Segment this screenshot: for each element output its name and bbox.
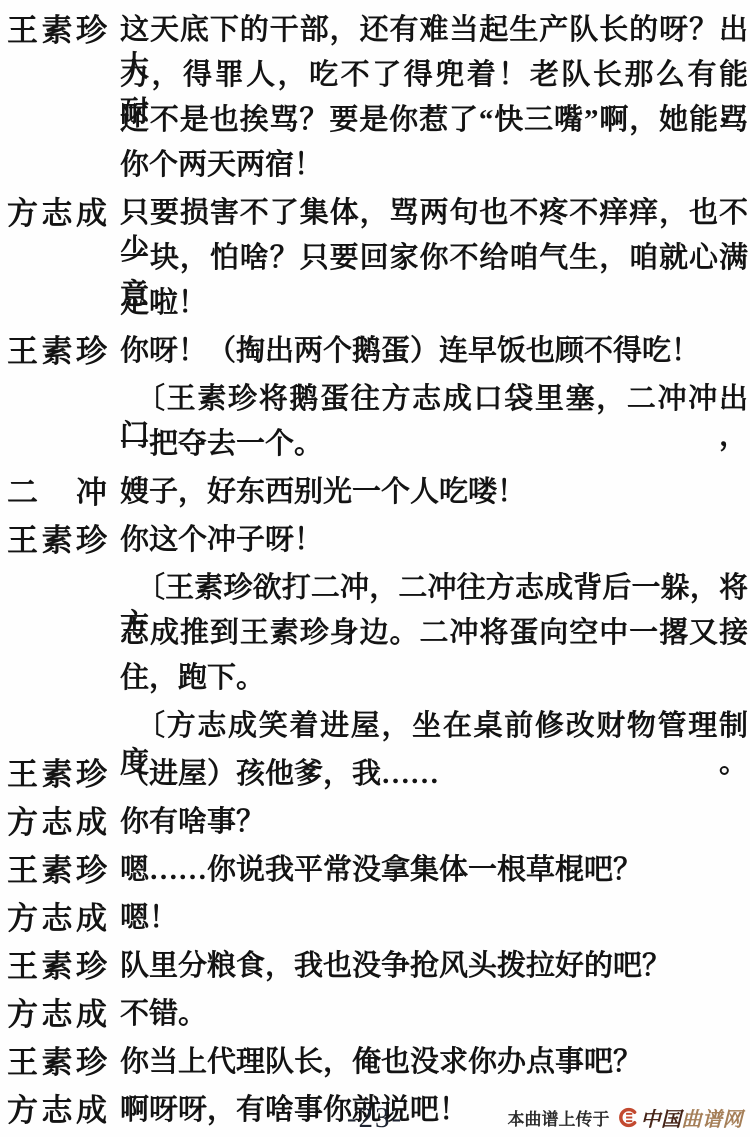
dialogue-text: 嗯……你说我平常没拿集体一根草棍吧？	[120, 852, 748, 889]
stage-direction: 住，跑下。	[120, 660, 748, 697]
dialogue-text: 队里分粮食，我也没争抢风头拨拉好的吧？	[120, 948, 748, 985]
script-line: 王素珍 这天底下的干部，还有难当起生产队长的呀？出大	[7, 12, 748, 57]
script-line: 王素珍 嗯……你说我平常没拿集体一根草棍吧？	[7, 852, 748, 897]
dialogue-text: 不错。	[120, 996, 748, 1033]
script-line: 王素珍 你呀！（掏出两个鹅蛋）连早饭也顾不得吃！	[7, 333, 748, 378]
speaker-name: 方志成	[7, 195, 107, 232]
script-line: 方志成 不错。	[7, 996, 748, 1041]
dialogue-text: 你当上代理队长，俺也没求你办点事吧？	[120, 1044, 748, 1081]
dialogue-text: （进屋）孩他爹，我……	[120, 756, 748, 793]
speaker-name: 方志成	[7, 900, 107, 937]
script-line: 王素珍 （进屋）孩他爹，我……	[7, 756, 748, 801]
dialogue-text: 你有啥事？	[120, 804, 748, 841]
script-page: 王素珍 这天底下的干部，还有难当起生产队长的呀？出大 力，得罪人，吃不了得兜着！…	[0, 0, 750, 1137]
speaker-name: 王素珍	[7, 948, 107, 985]
watermark: 本曲谱上传于 中国曲谱网	[508, 1103, 744, 1132]
speaker-name: 王素珍	[7, 1044, 107, 1081]
script-line: 〔方志成笑着进屋，坐在桌前修改财物管理制度。	[7, 708, 748, 753]
dialogue-text: 你呀！（掏出两个鹅蛋）连早饭也顾不得吃！	[120, 333, 748, 370]
site-logo-icon	[617, 1107, 638, 1128]
speaker-name: 方志成	[7, 804, 107, 841]
speaker-name: 王素珍	[7, 756, 107, 793]
site-name-dark: 中国	[641, 1109, 682, 1131]
site-name: 中国曲谱网	[641, 1103, 744, 1132]
speaker-name: 方志成	[7, 996, 107, 1033]
dialogue-text: 你个两天两宿！	[120, 147, 748, 184]
stage-direction: 志成推到王素珍身边。二冲将蛋向空中一撂又接	[120, 615, 748, 652]
script-line: 一块，怕啥？只要回家你不给咱气生，咱就心满意	[7, 240, 748, 285]
speaker-name: 二 冲	[7, 474, 107, 511]
dialogue-text: 你这个冲子呀！	[120, 522, 748, 559]
speaker-name: 王素珍	[7, 852, 107, 889]
script-line: 一把夺去一个。	[7, 426, 748, 471]
script-line: 还不是也挨骂？要是你惹了“快三嘴”啊，她能骂	[7, 102, 748, 147]
dialogue-text: 嫂子，好东西别光一个人吃喽！	[120, 474, 748, 511]
script-line: 王素珍 你当上代理队长，俺也没求你办点事吧？	[7, 1044, 748, 1089]
script-line: 足啦！	[7, 285, 748, 330]
speaker-name: 王素珍	[7, 12, 107, 49]
script-line: 你个两天两宿！	[7, 147, 748, 192]
dialogue-text: 还不是也挨骂？要是你惹了“快三嘴”啊，她能骂	[120, 102, 748, 139]
dialogue-text: 嗯！	[120, 900, 748, 937]
script-line: 方志成 你有啥事？	[7, 804, 748, 849]
script-line: 方志成 嗯！	[7, 900, 748, 945]
script-line: 王素珍 队里分粮食，我也没争抢风头拨拉好的吧？	[7, 948, 748, 993]
script-line: 〔王素珍将鹅蛋往方志成口袋里塞，二冲冲出门，	[7, 381, 748, 426]
script-line: 方志成 只要损害不了集体，骂两句也不疼不痒痒，也不少	[7, 195, 748, 240]
speaker-name: 王素珍	[7, 333, 107, 370]
site-name-light: 曲谱网	[682, 1109, 744, 1131]
script-line: 志成推到王素珍身边。二冲将蛋向空中一撂又接	[7, 615, 748, 660]
watermark-text: 本曲谱上传于	[508, 1105, 610, 1130]
script-line: 〔王素珍欲打二冲，二冲往方志成背后一躲，将方	[7, 570, 748, 615]
script-body: 王素珍 这天底下的干部，还有难当起生产队长的呀？出大 力，得罪人，吃不了得兜着！…	[7, 12, 748, 1137]
script-line: 力，得罪人，吃不了得兜着！老队长那么有能耐，	[7, 57, 748, 102]
script-line: 王素珍 你这个冲子呀！	[7, 522, 748, 567]
stage-direction: 一把夺去一个。	[120, 426, 748, 463]
script-line: 二 冲 嫂子，好东西别光一个人吃喽！	[7, 474, 748, 519]
script-line: 住，跑下。	[7, 660, 748, 705]
dialogue-text: 足啦！	[120, 285, 748, 322]
speaker-name: 王素珍	[7, 522, 107, 559]
